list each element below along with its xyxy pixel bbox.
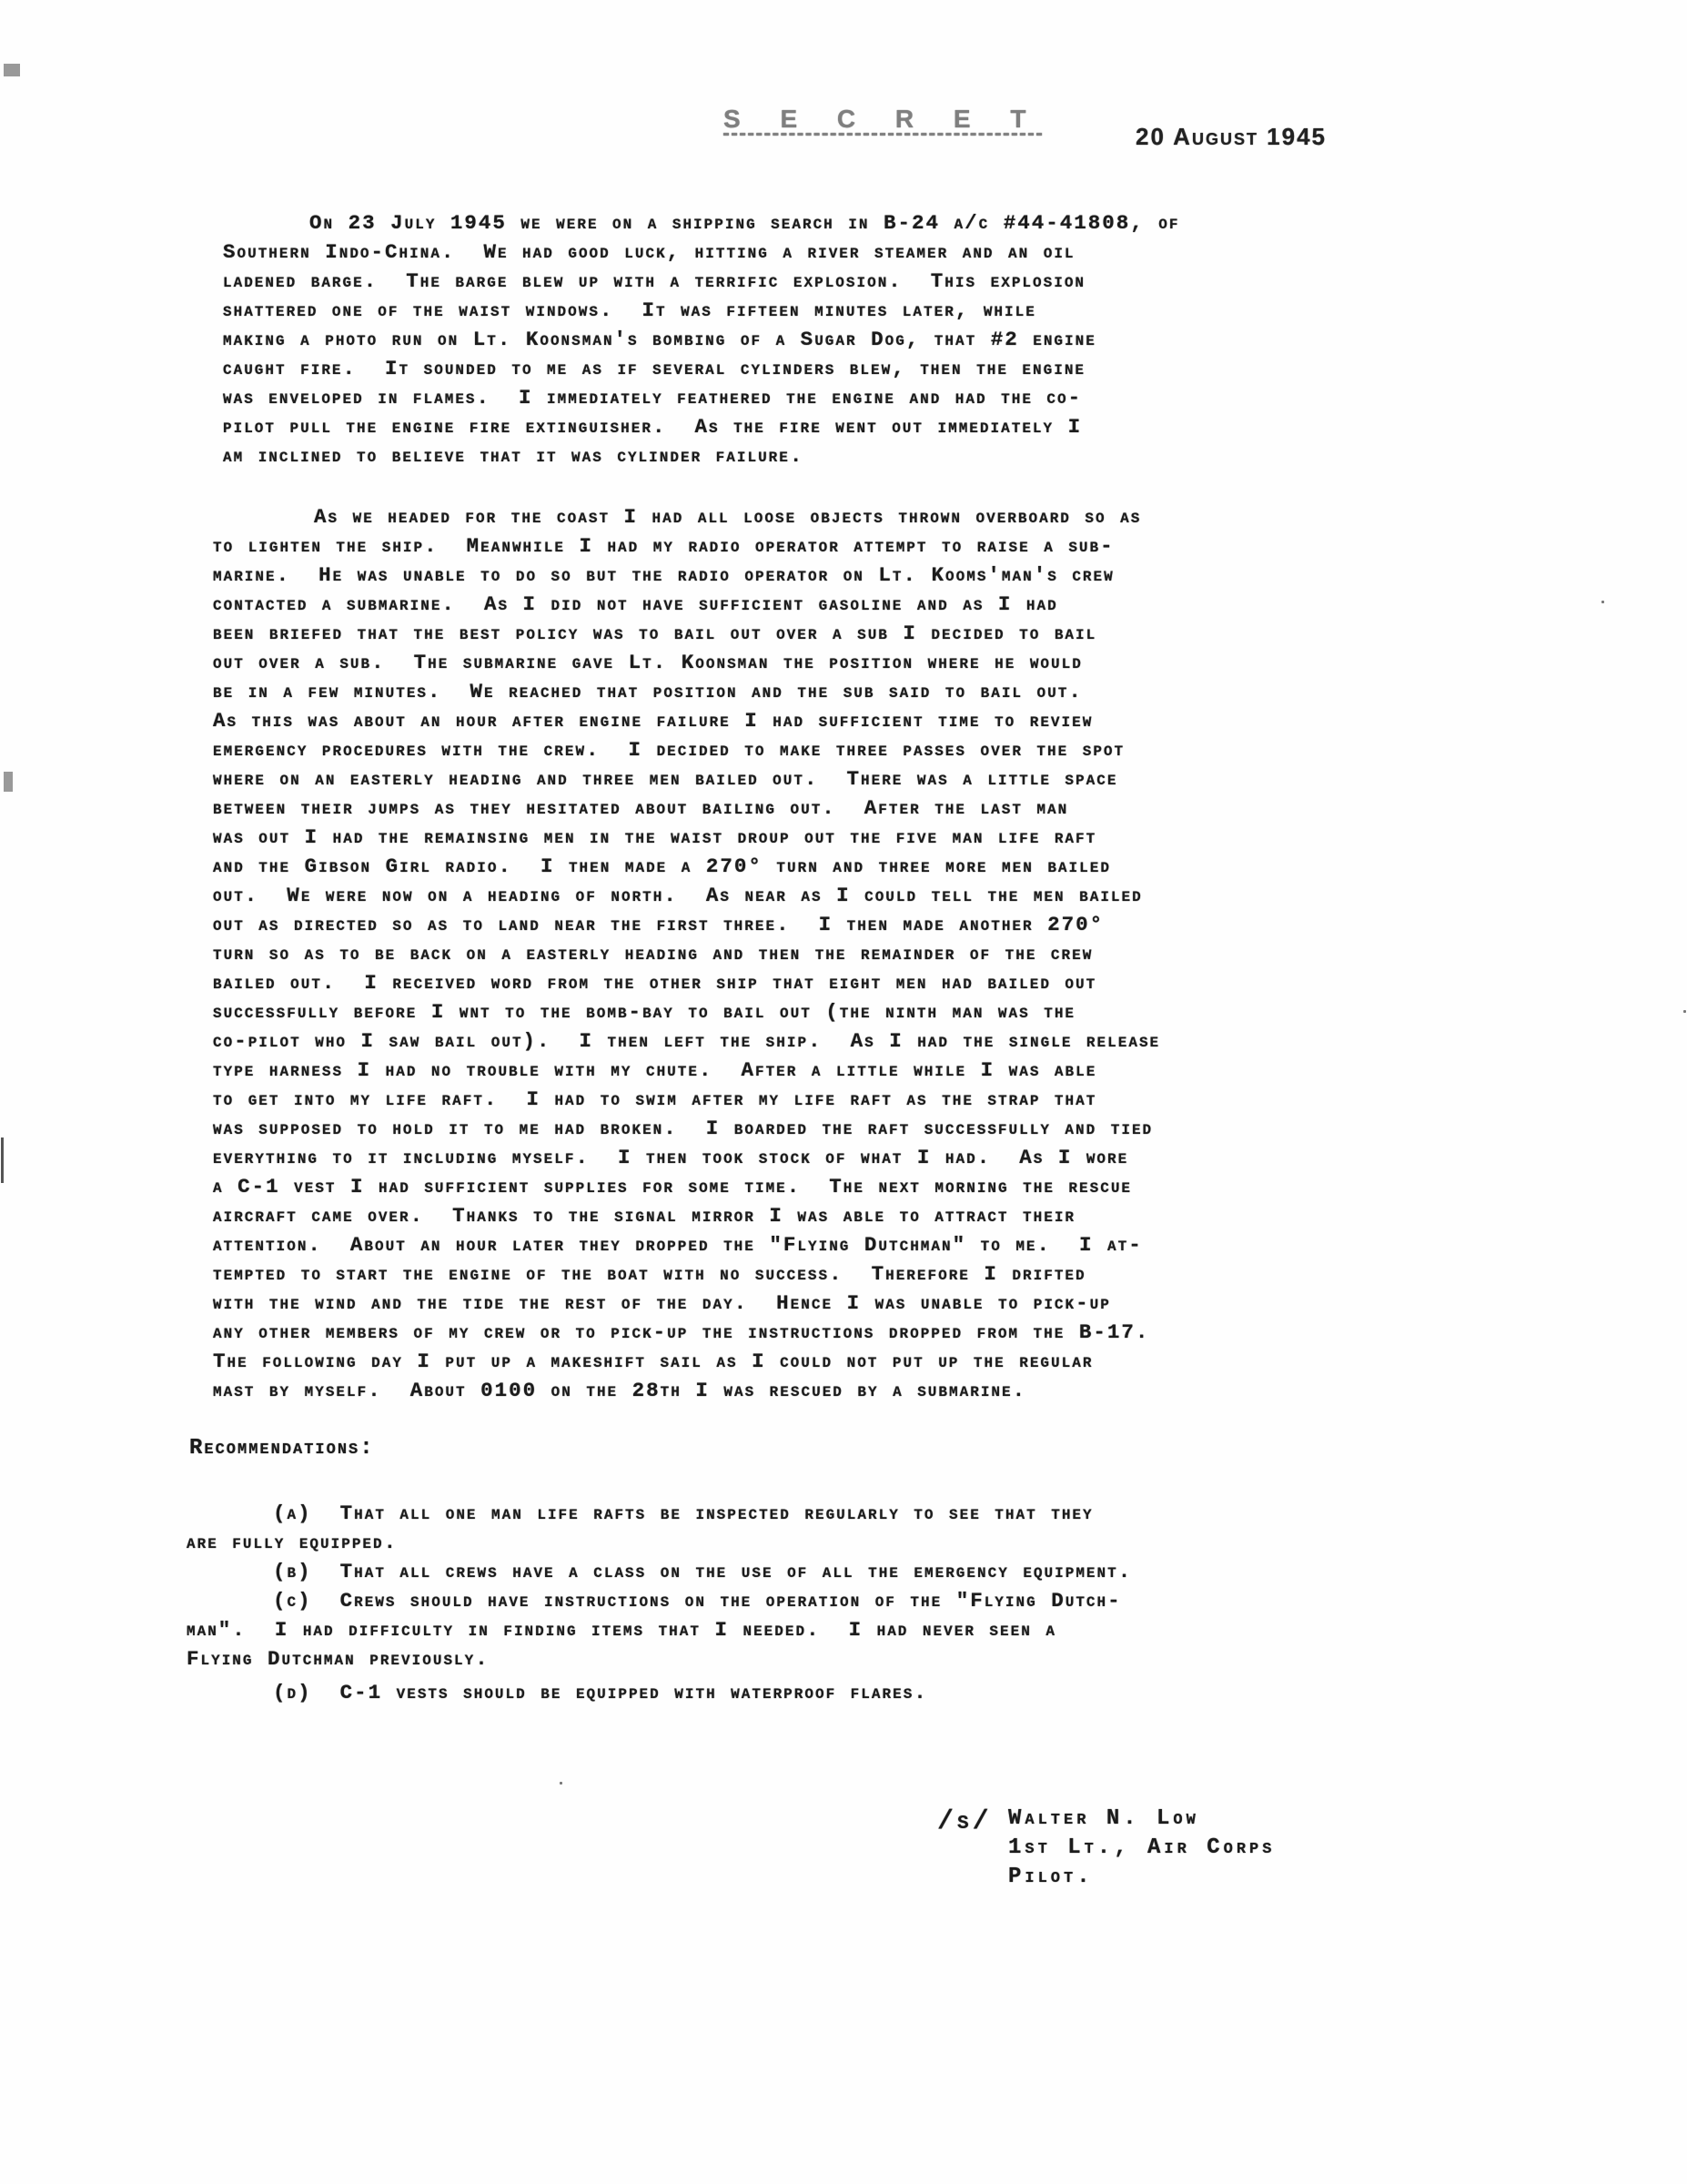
text-line: contacted a submarine. As I did not have…	[213, 591, 1058, 618]
scan-speck	[1683, 1010, 1686, 1013]
scan-speck	[1601, 601, 1604, 603]
recommendation-c-cont: Flying Dutchman previously.	[187, 1645, 490, 1673]
text-line: be in a few minutes. We reached that pos…	[213, 678, 1083, 705]
recommendation-d: (d) C-1 vests should be equipped with wa…	[273, 1679, 928, 1706]
text-line: pilot pull the engine fire extinguisher.…	[223, 413, 1082, 440]
recommendation-c-cont: man". I had difficulty in finding items …	[187, 1616, 1056, 1643]
text-line: was enveloped in flames. I immediately f…	[223, 384, 1082, 411]
text-line: co-pilot who I saw bail out). I then lef…	[213, 1027, 1160, 1055]
text-line: am inclined to believe that it was cylin…	[223, 442, 803, 470]
text-line: to lighten the ship. Meanwhile I had my …	[213, 532, 1115, 560]
text-line: between their jumps as they hesitated ab…	[213, 794, 1068, 822]
text-line: any other members of my crew or to pick-…	[213, 1319, 1149, 1346]
scanned-document-page: S E C R E T 20 August 1945 On 23 July 19…	[0, 0, 1687, 2184]
scan-artifact	[4, 64, 20, 76]
recommendation-a-cont: are fully equipped.	[187, 1529, 398, 1556]
text-line: was supposed to hold it to me had broken…	[213, 1115, 1153, 1142]
recommendation-c: (c) Crews should have instructions on th…	[273, 1587, 1122, 1614]
text-line: out over a sub. The submarine gave Lt. K…	[213, 649, 1083, 676]
text-line: everything to it including myself. I the…	[213, 1144, 1128, 1171]
recommendations-heading: Recommendations:	[189, 1436, 375, 1461]
text-line: marine. He was unable to do so but the r…	[213, 561, 1115, 589]
recommendation-b: (b) That all crews have a class on the u…	[273, 1558, 1132, 1585]
text-line: aircraft came over. Thanks to the signal…	[213, 1202, 1076, 1229]
text-line: where on an easterly heading and three m…	[213, 765, 1117, 793]
document-date: 20 August 1945	[1136, 123, 1327, 151]
signature-mark: /s/	[937, 1806, 993, 1837]
text-line: shattered one of the waist windows. It w…	[223, 297, 1036, 324]
scan-artifact	[1, 1137, 4, 1183]
signer-role: Pilot.	[1008, 1865, 1094, 1889]
text-line: tempted to start the engine of the boat …	[213, 1260, 1086, 1288]
text-line: Southern Indo-China. We had good luck, h…	[223, 238, 1076, 266]
text-line: out. We were now on a heading of north. …	[213, 882, 1143, 909]
text-line: type harness I had no trouble with my ch…	[213, 1057, 1096, 1084]
text-line: caught fire. It sounded to me as if seve…	[223, 355, 1086, 382]
text-line: As this was about an hour after engine f…	[213, 707, 1093, 734]
text-line: As we headed for the coast I had all loo…	[314, 503, 1141, 531]
signer-rank: 1st Lt., Air Corps	[1008, 1835, 1275, 1860]
text-line: making a photo run on Lt. Koonsman's bom…	[223, 326, 1096, 353]
signer-name: Walter N. Low	[1008, 1806, 1199, 1831]
text-line: mast by myself. About 0100 on the 28th I…	[213, 1377, 1026, 1404]
text-line: The following day I put up a makeshift s…	[213, 1348, 1093, 1375]
text-line: was out I had the remainsing men in the …	[213, 824, 1096, 851]
text-line: ladened barge. The barge blew up with a …	[223, 268, 1086, 295]
text-line: successfully before I wnt to the bomb-ba…	[213, 998, 1076, 1026]
text-line: out as directed so as to land near the f…	[213, 911, 1104, 938]
recommendation-a: (a) That all one man life rafts be inspe…	[273, 1500, 1094, 1527]
text-line: to get into my life raft. I had to swim …	[213, 1086, 1096, 1113]
classification-stamp: S E C R E T	[723, 105, 1042, 134]
text-line: bailed out. I received word from the oth…	[213, 969, 1096, 996]
text-line: with the wind and the tide the rest of t…	[213, 1289, 1111, 1317]
scan-speck	[560, 1782, 562, 1785]
scan-artifact	[4, 772, 13, 792]
text-line: and the Gibson Girl radio. I then made a…	[213, 853, 1111, 880]
text-line: a C-1 vest I had sufficient supplies for…	[213, 1173, 1132, 1200]
text-line: attention. About an hour later they drop…	[213, 1231, 1143, 1259]
text-line: On 23 July 1945 we were on a shipping se…	[309, 209, 1179, 237]
text-line: emergency procedures with the crew. I de…	[213, 736, 1125, 763]
text-line: turn so as to be back on a easterly head…	[213, 940, 1093, 967]
text-line: been briefed that the best policy was to…	[213, 620, 1096, 647]
